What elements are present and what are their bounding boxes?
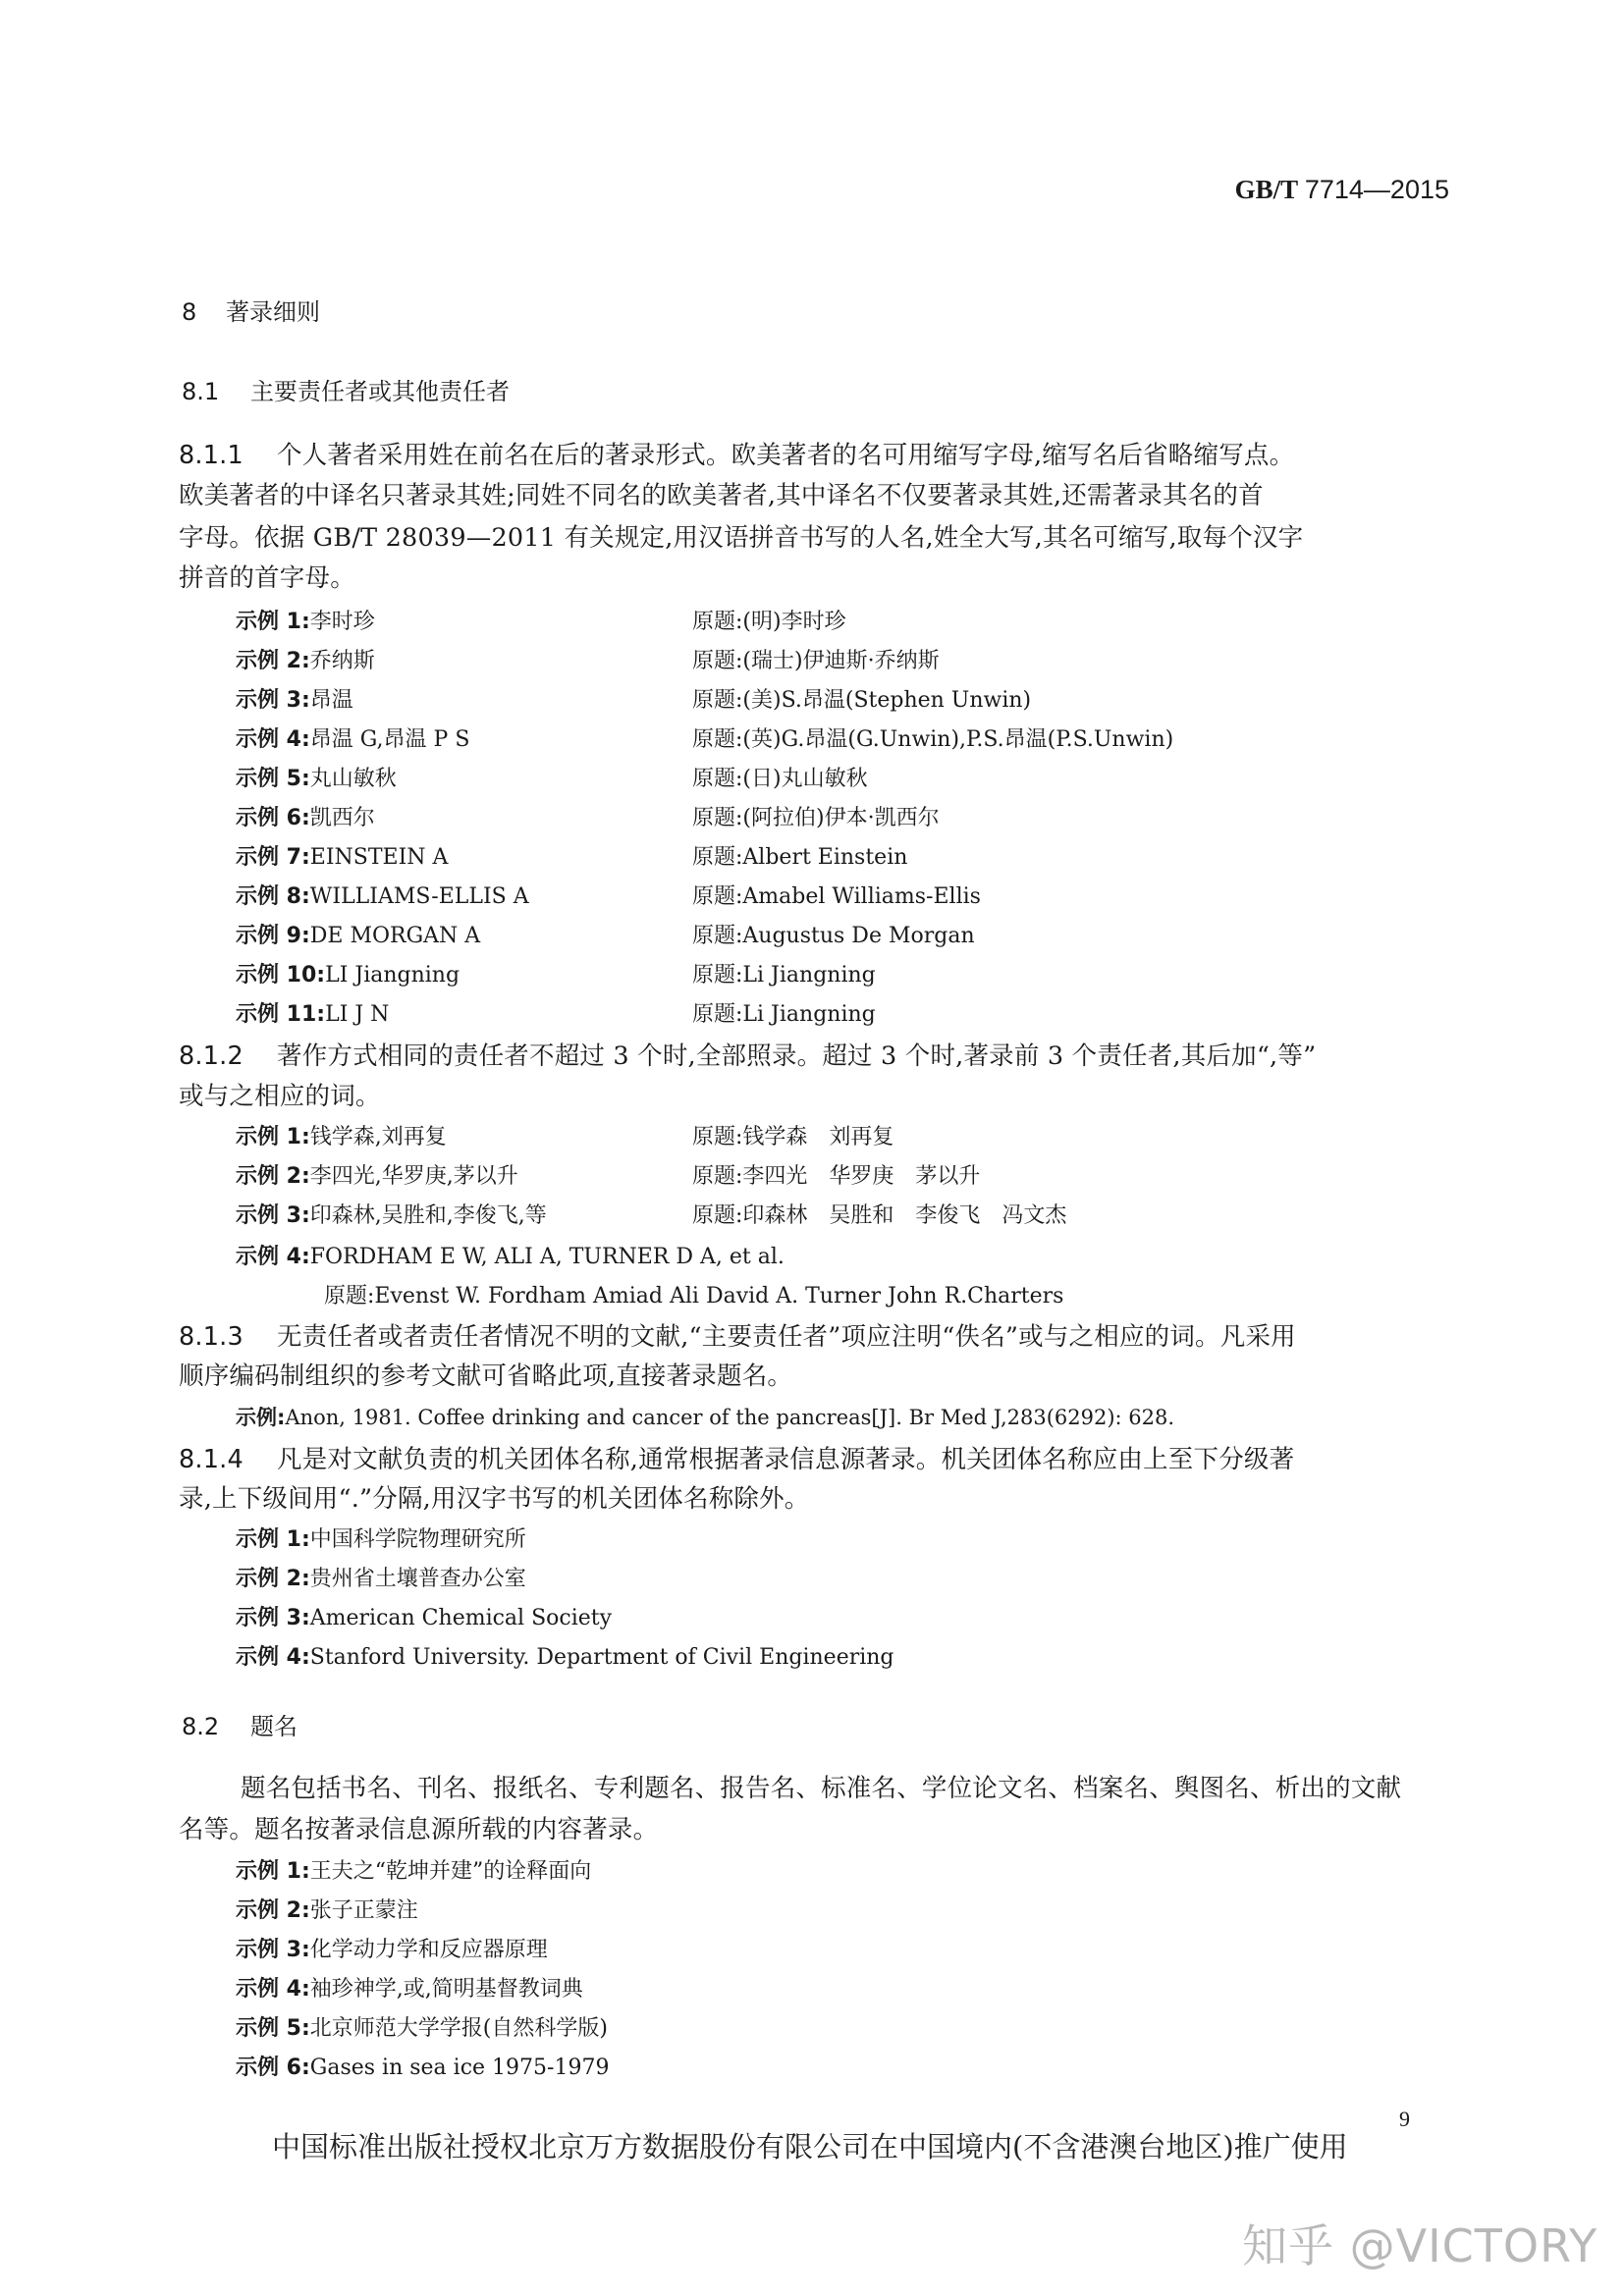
paragraph-8-1-1-line-1: 8.1.1个人著者采用姓在前名在后的著录形式。欧美著者的名可用缩写字母,缩写名后… <box>179 444 1294 469</box>
example-original: 原题:(日)丸山敏秋 <box>692 769 868 790</box>
example-original: 原题:(瑞士)伊迪斯·乔纳斯 <box>692 651 940 672</box>
example-row: 示例 3:昂温 <box>236 690 353 712</box>
example-original: 原题:Augustus De Morgan <box>692 926 975 947</box>
clause-number: 8.1.3 <box>179 1325 277 1351</box>
section-title: 题名 <box>250 1713 298 1740</box>
example-original: 原题:印森林 吴胜和 李俊飞 冯文杰 <box>692 1205 1066 1227</box>
paragraph-8-1-3-line-1: 8.1.3无责任者或者责任者情况不明的文献,“主要责任者”项应注明“佚名”或与之… <box>179 1325 1296 1351</box>
page-number: 9 <box>1399 2109 1410 2130</box>
example-row: 示例 2:张子正蒙注 <box>236 1900 418 1922</box>
example-row: 示例 3:化学动力学和反应器原理 <box>236 1940 548 1961</box>
example-row: 示例 6:凯西尔 <box>236 808 375 829</box>
footer-license-notice: 中国标准出版社授权北京万方数据股份有限公司在中国境内(不含港澳台地区)推广使用 <box>272 2133 1348 2162</box>
paragraph-8-1-3-line-2: 顺序编码制组织的参考文献可省略此项,直接著录题名。 <box>179 1364 792 1390</box>
clause-number: 8.1.2 <box>179 1044 277 1070</box>
example-row: 示例 2:李四光,华罗庚,茅以升 <box>236 1166 518 1188</box>
example-original: 原题:(阿拉伯)伊本·凯西尔 <box>692 808 940 829</box>
section-number: 8.1 <box>182 380 250 403</box>
paragraph-8-1-2-line-1: 8.1.2著作方式相同的责任者不超过 3 个时,全部照录。超过 3 个时,著录前… <box>179 1044 1316 1070</box>
example-original: 原题:(美)S.昂温(Stephen Unwin) <box>692 690 1031 712</box>
paragraph-8-1-1-line-4: 拼音的首字母。 <box>179 566 355 592</box>
example-row: 示例 7:EINSTEIN A <box>236 847 448 869</box>
paragraph-8-1-1-line-3: 字母。依据 GB/T 28039—2011 有关规定,用汉语拼音书写的人名,姓全… <box>179 526 1303 552</box>
example-original: 原题:Amabel Williams-Ellis <box>692 886 981 908</box>
watermark: 知乎 @VICTORY <box>1242 2223 1597 2269</box>
example-row: 示例 1:李时珍 <box>236 612 375 633</box>
standard-code: GB/T 7714—2015 <box>1235 177 1449 203</box>
section-heading-8: 8著录细则 <box>182 300 320 324</box>
example-row: 示例 4:袖珍神学,或,简明基督教词典 <box>236 1979 583 2001</box>
paragraph-8-1-2-line-2: 或与之相应的词。 <box>179 1085 381 1110</box>
example-original: 原题:Evenst W. Fordham Amiad Ali David A. … <box>324 1286 1063 1308</box>
example-row: 示例 3:印森林,吴胜和,李俊飞,等 <box>236 1205 547 1227</box>
section-number: 8 <box>182 300 226 324</box>
section-heading-8-1: 8.1主要责任者或其他责任者 <box>182 380 510 403</box>
example-row: 示例 5:北京师范大学学报(自然科学版) <box>236 2018 608 2040</box>
standard-prefix: GB/T <box>1235 175 1299 204</box>
paragraph-8-1-1-line-2: 欧美著者的中译名只著录其姓;同姓不同名的欧美著者,其中译名不仅要著录其姓,还需著… <box>179 484 1264 509</box>
example-row: 示例 9:DE MORGAN A <box>236 926 480 947</box>
example-original: 原题:Albert Einstein <box>692 847 907 869</box>
example-row: 示例 4:FORDHAM E W, ALI A, TURNER D A, et … <box>236 1247 785 1268</box>
clause-number: 8.1.1 <box>179 444 277 469</box>
example-row: 示例 2:贵州省土壤普查办公室 <box>236 1569 526 1590</box>
example-row: 示例 4:Stanford University. Department of … <box>236 1647 894 1669</box>
section-title: 主要责任者或其他责任者 <box>250 378 510 405</box>
paragraph-8-1-4-line-1: 8.1.4凡是对文献负责的机关团体名称,通常根据著录信息源著录。机关团体名称应由… <box>179 1448 1294 1473</box>
clause-number: 8.1.4 <box>179 1448 277 1473</box>
example-original: 原题:Li Jiangning <box>692 965 876 987</box>
example-original: 原题:(英)G.昂温(G.Unwin),P.S.昂温(P.S.Unwin) <box>692 729 1173 751</box>
example-original: 原题:李四光 华罗庚 茅以升 <box>692 1166 980 1188</box>
example-original: 原题:钱学森 刘再复 <box>692 1127 893 1148</box>
example-row: 示例 2:乔纳斯 <box>236 651 375 672</box>
example-row: 示例 8:WILLIAMS-ELLIS A <box>236 886 529 908</box>
example-row: 示例 1:王夫之“乾坤并建”的诠释面向 <box>236 1861 591 1883</box>
example-original: 原题:Li Jiangning <box>692 1004 876 1026</box>
standard-number: 7714—2015 <box>1305 175 1449 204</box>
example-original: 原题:(明)李时珍 <box>692 612 846 633</box>
example-row: 示例 1:钱学森,刘再复 <box>236 1127 447 1148</box>
example-row: 示例 10:LI Jiangning <box>236 965 460 987</box>
section-number: 8.2 <box>182 1715 250 1738</box>
example-row: 示例:Anon, 1981. Coffee drinking and cance… <box>236 1408 1174 1428</box>
paragraph-8-2-line-2: 名等。题名按著录信息源所载的内容著录。 <box>179 1818 658 1843</box>
example-row: 示例 5:丸山敏秋 <box>236 769 397 790</box>
example-row: 示例 11:LI J N <box>236 1004 389 1026</box>
section-title: 著录细则 <box>226 298 320 326</box>
example-row: 示例 3:American Chemical Society <box>236 1608 612 1629</box>
section-heading-8-2: 8.2题名 <box>182 1715 298 1738</box>
paragraph-8-2-line-1: 题名包括书名、刊名、报纸名、专利题名、报告名、标准名、学位论文名、档案名、舆图名… <box>241 1777 1401 1802</box>
example-row: 示例 6:Gases in sea ice 1975-1979 <box>236 2057 609 2079</box>
example-row: 示例 4:昂温 G,昂温 P S <box>236 729 469 751</box>
paragraph-8-1-4-line-2: 录,上下级间用“.”分隔,用汉字书写的机关团体名称除外。 <box>179 1487 810 1513</box>
example-row: 示例 1:中国科学院物理研究所 <box>236 1529 526 1551</box>
